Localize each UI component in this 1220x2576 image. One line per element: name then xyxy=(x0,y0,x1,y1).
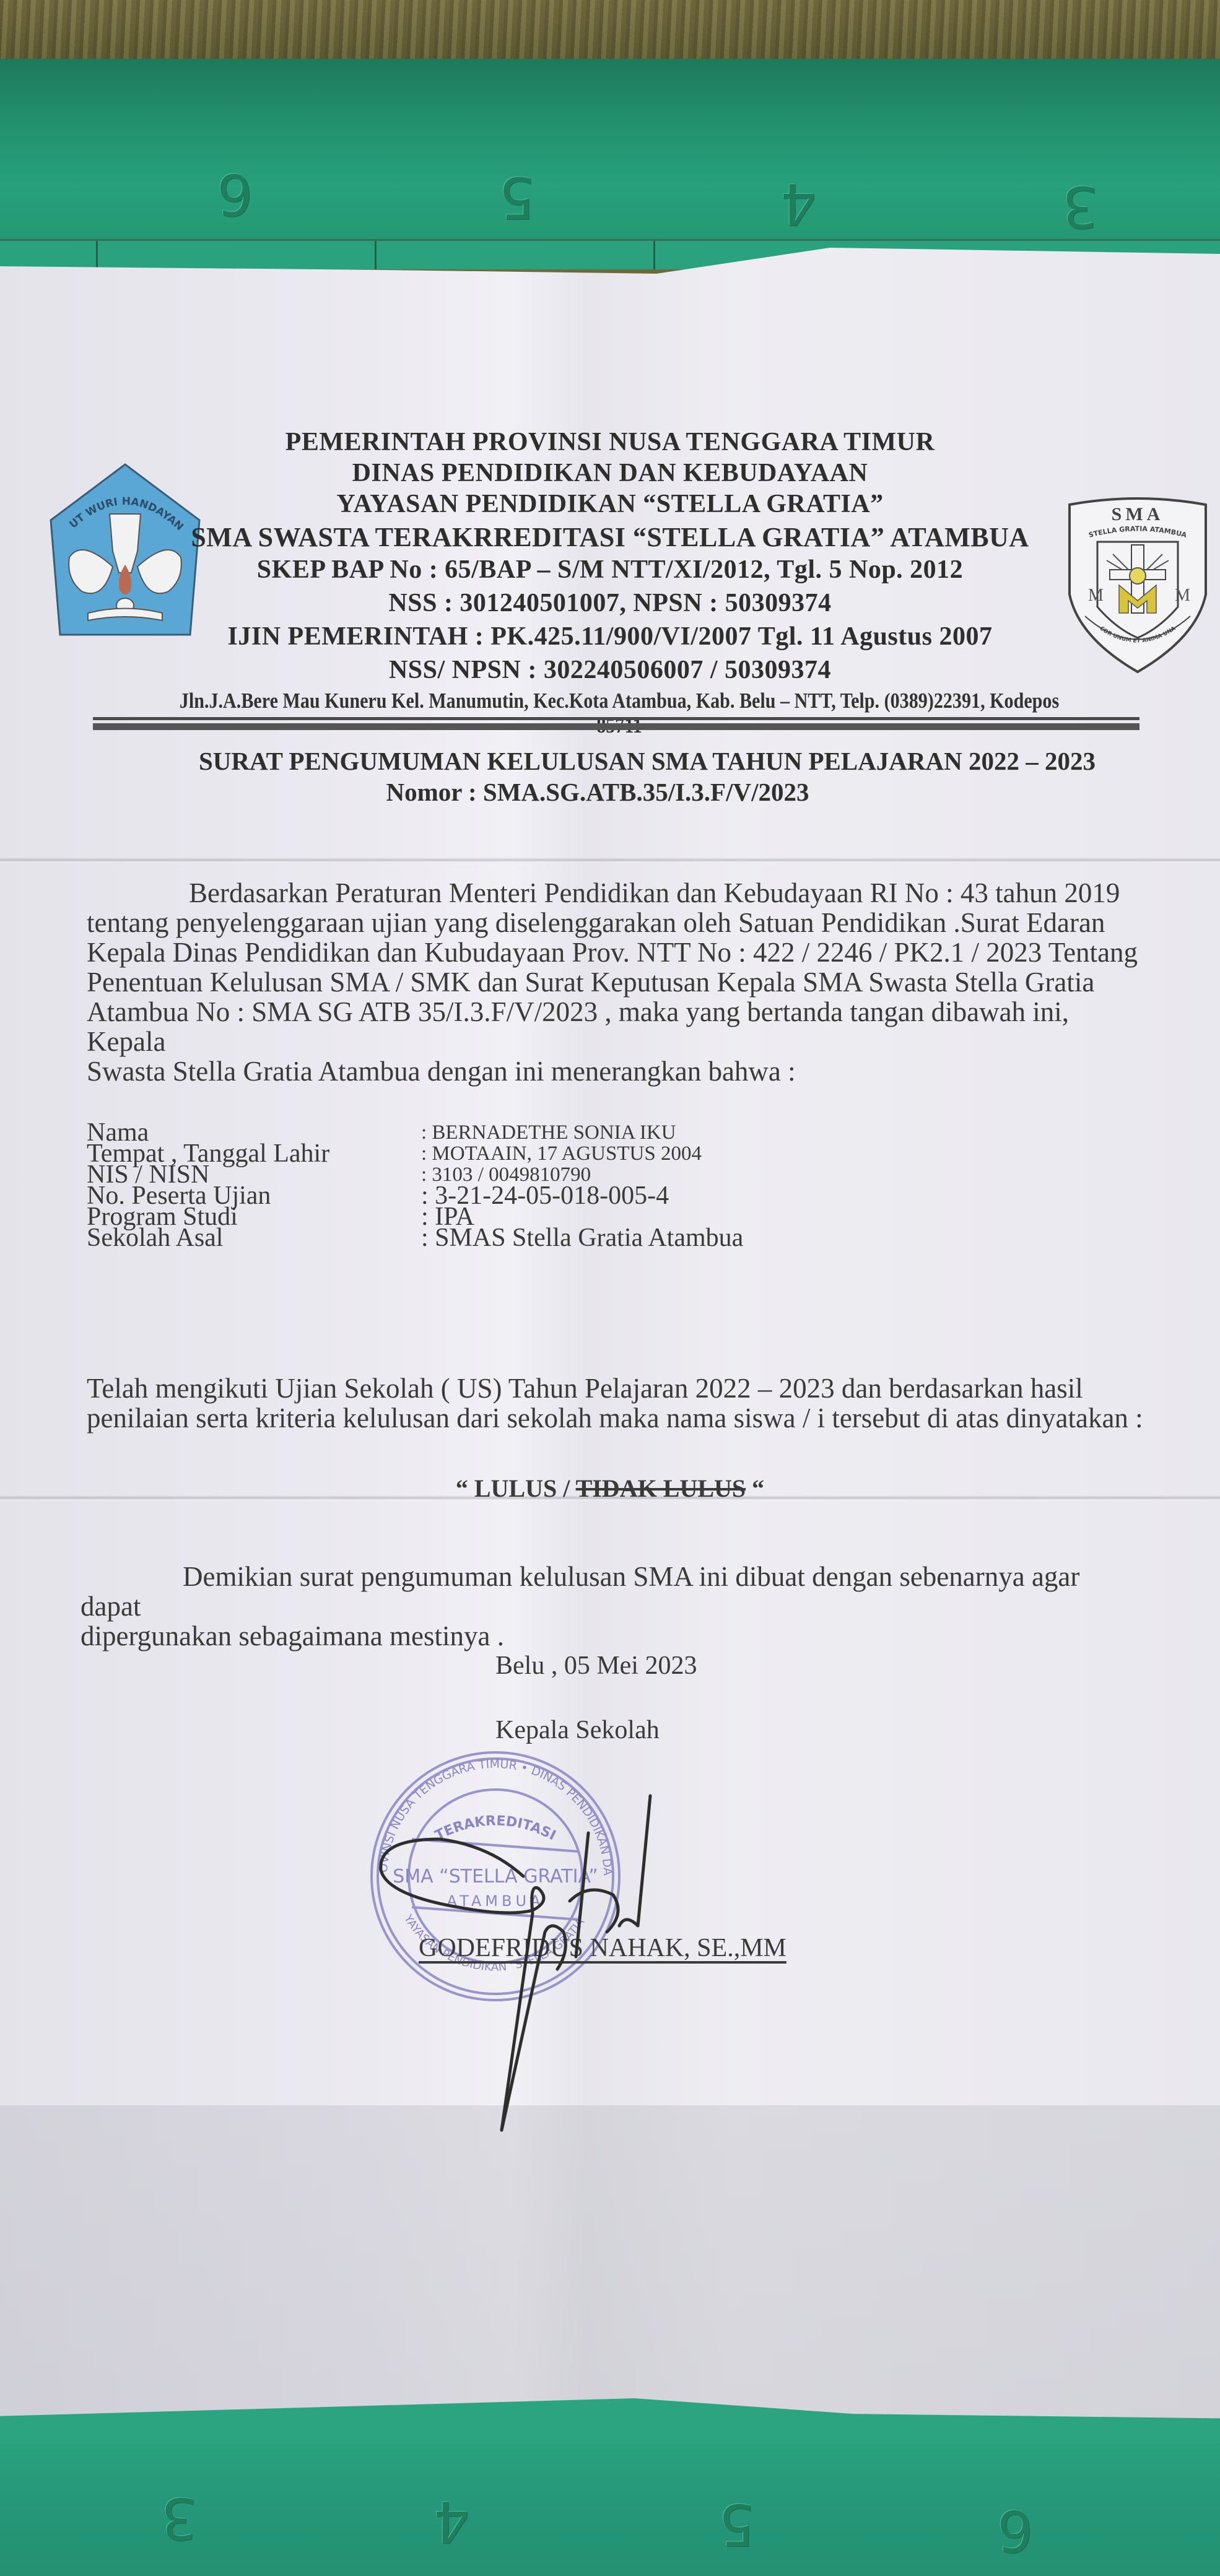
ruler-number: 6 xyxy=(997,2497,1034,2564)
letterhead-line-school: SMA SWASTA TERAKRREDITASI “STELLA GRATIA… xyxy=(0,521,1220,553)
closing-line: Demikian surat pengumuman kelulusan SMA … xyxy=(81,1562,1146,1621)
result-line: penilaian serta kriteria kelulusan dari … xyxy=(87,1403,1152,1433)
field-value: : BERNADETHE SONIA IKU xyxy=(421,1122,1016,1143)
ruler-tick xyxy=(96,241,98,269)
letterhead-line-province: PEMERINTAH PROVINSI NUSA TENGGARA TIMUR xyxy=(0,427,1220,457)
verdict-struck-option: TIDAK LULUS xyxy=(576,1474,746,1502)
clipboard-top-ruler: 6 5 4 3 xyxy=(0,59,1220,269)
result-line: Telah mengikuti Ujian Sekolah ( US) Tahu… xyxy=(87,1373,1152,1403)
letterhead-divider xyxy=(93,723,1139,730)
closing-line: dipergunakan sebagaimana mestinya . xyxy=(81,1621,1146,1651)
intro-line: Penentuan Kelulusan SMA / SMK dan Surat … xyxy=(87,967,1152,997)
intro-line: Berdasarkan Peraturan Menteri Pendidikan… xyxy=(87,878,1152,908)
ruler-number: 3 xyxy=(1062,173,1099,240)
letterhead-line-department: DINAS PENDIDIKAN DAN KEBUDAYAAN xyxy=(0,458,1220,488)
intro-line: Atambua No : SMA SG ATB 35/I.3.F/V/2023 … xyxy=(87,997,1152,1056)
verdict-quote: “ xyxy=(456,1474,474,1502)
ruler-number: 5 xyxy=(718,2491,755,2557)
document-title: SURAT PENGUMUMAN KELULUSAN SMA TAHUN PEL… xyxy=(37,746,1220,776)
student-identity: Nama : BERNADETHE SONIA IKU Tempat , Tan… xyxy=(87,1122,1016,1248)
field-value: : MOTAAIN, 17 AGUSTUS 2004 xyxy=(421,1143,1016,1164)
letterhead-line-skep: SKEP BAP No : 65/BAP – S/M NTT/XI/2012, … xyxy=(0,555,1220,585)
signer-position: Kepala Sekolah xyxy=(495,1715,867,1745)
intro-paragraph: Berdasarkan Peraturan Menteri Pendidikan… xyxy=(87,878,1152,1086)
document-number: Nomor : SMA.SG.ATB.35/I.3.F/V/2023 xyxy=(0,777,1208,807)
intro-line: Kepala Dinas Pendidikan dan Kubudayaan P… xyxy=(87,938,1152,967)
intro-line: Swasta Stella Gratia Atambua dengan ini … xyxy=(87,1056,1152,1086)
letterhead-line-nss: NSS : 301240501007, NPSN : 50309374 xyxy=(0,588,1220,618)
handwritten-signature-icon xyxy=(365,1771,712,2143)
field-label: Sekolah Asal xyxy=(87,1227,421,1248)
letterhead-divider xyxy=(93,717,1139,720)
ruler-number: 3 xyxy=(161,2485,198,2551)
ruler-tick xyxy=(375,241,377,269)
ruler-number: 4 xyxy=(434,2488,470,2554)
result-paragraph: Telah mengikuti Ujian Sekolah ( US) Tahu… xyxy=(87,1373,1152,1433)
ruler-number: 4 xyxy=(780,170,817,237)
intro-line: tentang penyelenggaraan ujian yang disel… xyxy=(87,908,1152,938)
graduation-verdict: “ LULUS / TIDAK LULUS “ xyxy=(0,1474,1220,1503)
clipboard-bottom-ruler: 3 4 5 6 xyxy=(0,2440,1220,2576)
place-date: Belu , 05 Mei 2023 xyxy=(495,1651,867,1681)
letterhead-line-permit: IJIN PEMERINTAH : PK.425.11/900/VI/2007 … xyxy=(0,622,1220,651)
student-row-birth: Tempat , Tanggal Lahir : MOTAAIN, 17 AGU… xyxy=(87,1143,1016,1164)
closing-paragraph: Demikian surat pengumuman kelulusan SMA … xyxy=(81,1562,1146,1651)
paper-fold xyxy=(0,858,1220,863)
ruler-tick xyxy=(653,241,655,269)
verdict-quote: “ xyxy=(746,1474,764,1502)
school-address: Jln.J.A.Bere Mau Kuneru Kel. Manumutin, … xyxy=(167,689,1072,738)
field-value: : 3-21-24-05-018-005-4 xyxy=(421,1185,1016,1206)
verdict-passed: LULUS / xyxy=(474,1474,576,1502)
ruler-number: 5 xyxy=(499,164,535,230)
letterhead-line-foundation: YAYASAN PENDIDIKAN “STELLA GRATIA” xyxy=(0,489,1220,519)
ruler-number: 6 xyxy=(217,161,253,227)
field-value: : SMAS Stella Gratia Atambua xyxy=(421,1227,1016,1248)
letterhead-line-npsn: NSS/ NPSN : 302240506007 / 50309374 xyxy=(0,655,1220,685)
student-row-school: Sekolah Asal : SMAS Stella Gratia Atambu… xyxy=(87,1227,1016,1248)
